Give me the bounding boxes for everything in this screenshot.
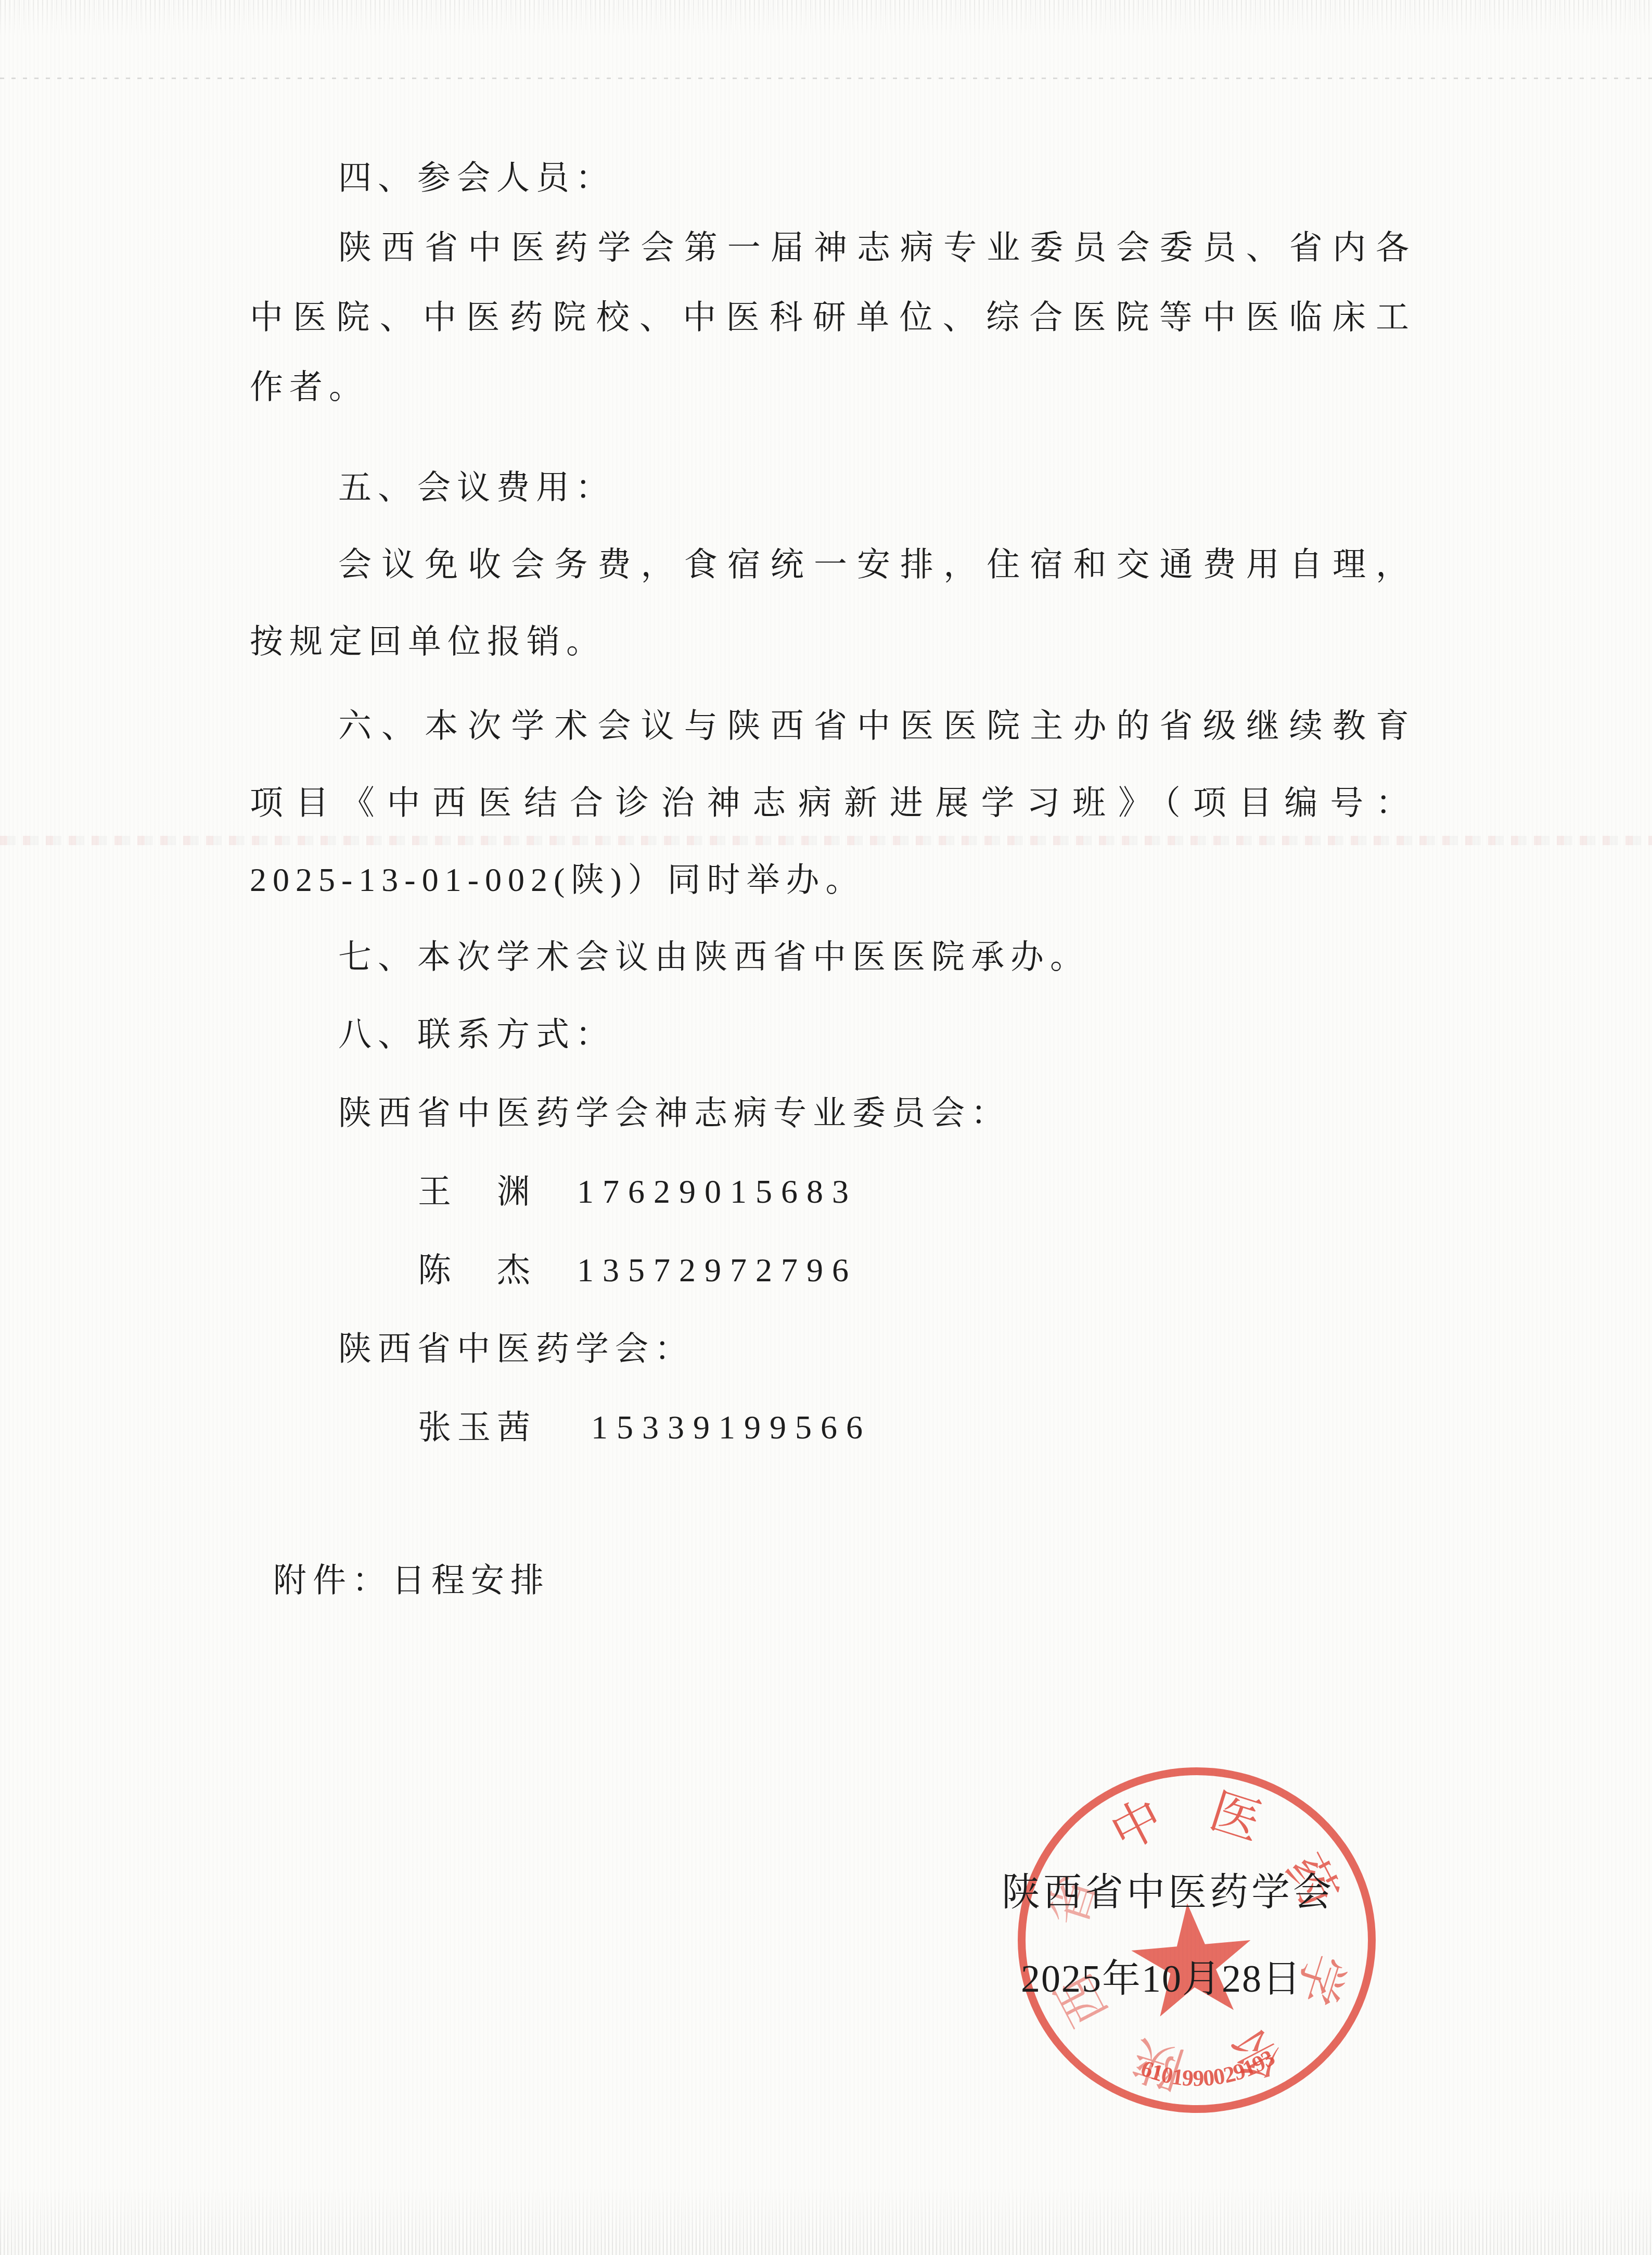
organizer-line: 七、本次学术会议由陕西省中医医院承办。 — [250, 919, 1415, 996]
joint-program-line-1: 六、本次学术会议与陕西省中医医院主办的省级继续教育 — [250, 687, 1415, 765]
heading-participants: 四、参会人员： — [250, 143, 1415, 213]
association-contact-label: 陕西省中医药学会： — [250, 1309, 1415, 1388]
committee-contact-label: 陕西省中医药学会神志病专业委员会： — [250, 1074, 1415, 1152]
signature-organization: 陕西省中医药学会 — [1002, 1874, 1335, 1912]
contact-row: 王 渊17629015683 — [250, 1152, 1415, 1231]
section-joint-program: 六、本次学术会议与陕西省中医医院主办的省级继续教育 项目《中西医结合诊治神志病新… — [250, 687, 1415, 996]
fees-line-2: 按规定回单位报销。 — [250, 603, 1415, 680]
fees-line-1: 会议免收会务费，食宿统一安排，住宿和交通费用自理， — [250, 526, 1415, 603]
official-seal: 陕 西 省 中 医 药 学 会 6 1 0 1 9 9 0 0 2 9 — [1018, 1767, 1376, 2113]
joint-program-line-3: 2025-13-01-002(陕)）同时举办。 — [250, 842, 1415, 919]
scan-artifact-line-top — [0, 78, 1652, 79]
heading-contacts: 八、联系方式： — [250, 995, 1415, 1074]
contact-row: 张玉茜15339199566 — [250, 1388, 1415, 1467]
contact-name: 王 渊 — [418, 1173, 536, 1210]
contact-name: 张玉茜 — [418, 1409, 536, 1446]
scan-noise-top — [0, 0, 1652, 36]
section-contacts: 八、联系方式： 陕西省中医药学会神志病专业委员会： 王 渊17629015683… — [250, 995, 1415, 1467]
contact-phone: 13572972796 — [577, 1252, 857, 1289]
scan-noise-bottom — [0, 2187, 1652, 2255]
joint-program-line-2: 项目《中西医结合诊治神志病新进展学习班》（项目编号： — [250, 765, 1415, 842]
heading-fees: 五、会议费用： — [250, 449, 1415, 526]
signature-date: 2025年10月28日 — [1021, 1960, 1302, 1998]
participants-line-2: 中医院、中医药院校、中医科研单位、综合医院等中医临床工 — [250, 283, 1415, 352]
section-fees: 五、会议费用： 会议免收会务费，食宿统一安排，住宿和交通费用自理， 按规定回单位… — [250, 449, 1415, 680]
contact-phone: 15339199566 — [591, 1409, 872, 1446]
contact-name: 陈 杰 — [418, 1252, 536, 1289]
participants-line-1: 陕西省中医药学会第一届神志病专业委员会委员、省内各 — [250, 213, 1415, 283]
attachment-note: 附件：日程安排 — [273, 1542, 550, 1619]
scanned-notice-page: 四、参会人员： 陕西省中医药学会第一届神志病专业委员会委员、省内各 中医院、中医… — [0, 0, 1652, 2255]
participants-line-3: 作者。 — [250, 352, 1415, 422]
contact-row: 陈 杰13572972796 — [250, 1231, 1415, 1309]
section-participants: 四、参会人员： 陕西省中医药学会第一届神志病专业委员会委员、省内各 中医院、中医… — [250, 143, 1415, 422]
contact-phone: 17629015683 — [577, 1173, 857, 1210]
